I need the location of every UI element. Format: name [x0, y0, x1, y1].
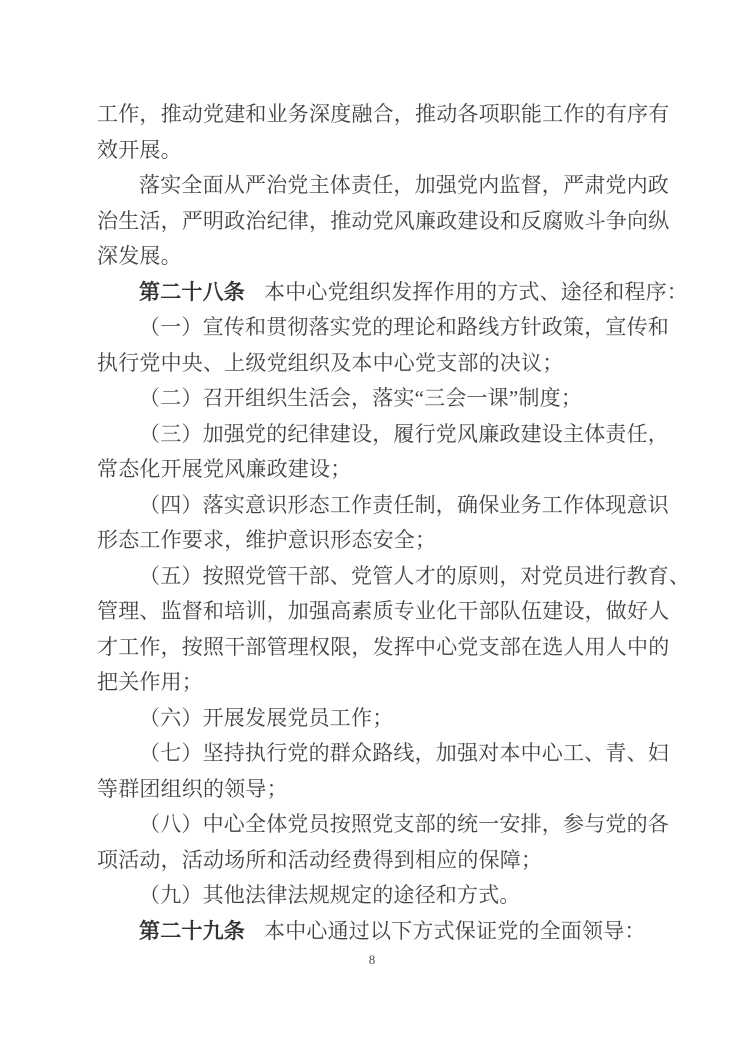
text-line-content: 才工作，按照干部管理权限，发挥中心党支部在选人用人中的 [97, 635, 669, 659]
text-line: 深发展。 [97, 239, 664, 275]
text-line: （七）坚持执行党的群众路线，加强对本中心工、青、妇 [97, 736, 664, 772]
text-line: 常态化开展党风廉政建设； [97, 452, 664, 488]
text-line-content: 管理、监督和培训，加强高素质专业化干部队伍建设，做好人 [97, 599, 669, 623]
text-line-content: 本中心党组织发挥作用的方式、途径和程序： [264, 280, 688, 304]
text-line-content: （六）开展发展党员工作； [139, 706, 393, 730]
text-line-content: 落实全面从严治党主体责任，加强党内监督，严肃党内政 [139, 173, 669, 197]
text-line-content: （八）中心全体党员按照党支部的统一安排，参与党的各 [139, 812, 669, 836]
text-line-content: 等群团组织的领导； [97, 777, 288, 801]
article-number-heading: 第二十八条 [139, 280, 245, 304]
text-line: 管理、监督和培训，加强高素质专业化干部队伍建设，做好人 [97, 594, 664, 630]
text-line-content: 执行党中央、上级党组织及本中心党支部的决议； [97, 351, 563, 375]
text-line: （五）按照党管干部、党管人才的原则，对党员进行教育、 [97, 559, 664, 595]
text-line: （一）宣传和贯彻落实党的理论和路线方针政策，宣传和 [97, 310, 664, 346]
page-number: 8 [0, 952, 744, 968]
text-line: （八）中心全体党员按照党支部的统一安排，参与党的各 [97, 807, 664, 843]
text-line: （四）落实意识形态工作责任制，确保业务工作体现意识 [97, 488, 664, 524]
text-line: 才工作，按照干部管理权限，发挥中心党支部在选人用人中的 [97, 630, 664, 666]
document-body: 工作，推动党建和业务深度融合，推动各项职能工作的有序有效开展。落实全面从严治党主… [97, 97, 664, 949]
text-line-content: （一）宣传和贯彻落实党的理论和路线方针政策，宣传和 [139, 315, 669, 339]
text-line: 第二十八条本中心党组织发挥作用的方式、途径和程序： [97, 275, 664, 311]
text-line-content: （九）其他法律法规规定的途径和方式。 [139, 883, 521, 907]
text-line-content: 项活动，活动场所和活动经费得到相应的保障； [97, 848, 542, 872]
text-line-content: （二）召开组织生活会，落实“三会一课”制度； [139, 386, 582, 410]
document-page: 工作，推动党建和业务深度融合，推动各项职能工作的有序有效开展。落实全面从严治党主… [0, 0, 744, 1052]
text-line-content: 工作，推动党建和业务深度融合，推动各项职能工作的有序有 [97, 102, 669, 126]
text-line: 等群团组织的领导； [97, 772, 664, 808]
article-number-heading: 第二十九条 [139, 919, 245, 943]
text-line: （六）开展发展党员工作； [97, 701, 664, 737]
text-line-content: 效开展。 [97, 138, 182, 162]
text-line-content: 形态工作要求，维护意识形态安全； [97, 528, 436, 552]
text-line-content: （七）坚持执行党的群众路线，加强对本中心工、青、妇 [139, 741, 669, 765]
text-line: （三）加强党的纪律建设，履行党风廉政建设主体责任， [97, 417, 664, 453]
text-line: 第二十九条本中心通过以下方式保证党的全面领导： [97, 914, 664, 950]
text-line-content: （四）落实意识形态工作责任制，确保业务工作体现意识 [139, 493, 669, 517]
text-line-content: 把关作用； [97, 670, 203, 694]
text-line: 工作，推动党建和业务深度融合，推动各项职能工作的有序有 [97, 97, 664, 133]
text-line-content: 治生活，严明政治纪律，推动党风廉政建设和反腐败斗争向纵 [97, 209, 669, 233]
text-line-content: 深发展。 [97, 244, 182, 268]
text-line-content: 常态化开展党风廉政建设； [97, 457, 351, 481]
text-line: 形态工作要求，维护意识形态安全； [97, 523, 664, 559]
text-line-content: （五）按照党管干部、党管人才的原则，对党员进行教育、 [139, 564, 690, 588]
text-line: （九）其他法律法规规定的途径和方式。 [97, 878, 664, 914]
text-line: （二）召开组织生活会，落实“三会一课”制度； [97, 381, 664, 417]
text-line: 治生活，严明政治纪律，推动党风廉政建设和反腐败斗争向纵 [97, 204, 664, 240]
text-line: 落实全面从严治党主体责任，加强党内监督，严肃党内政 [97, 168, 664, 204]
text-line: 效开展。 [97, 133, 664, 169]
text-line: 执行党中央、上级党组织及本中心党支部的决议； [97, 346, 664, 382]
text-line-content: （三）加强党的纪律建设，履行党风廉政建设主体责任， [139, 422, 669, 446]
text-line-content: 本中心通过以下方式保证党的全面领导： [264, 919, 646, 943]
text-line: 项活动，活动场所和活动经费得到相应的保障； [97, 843, 664, 879]
text-line: 把关作用； [97, 665, 664, 701]
